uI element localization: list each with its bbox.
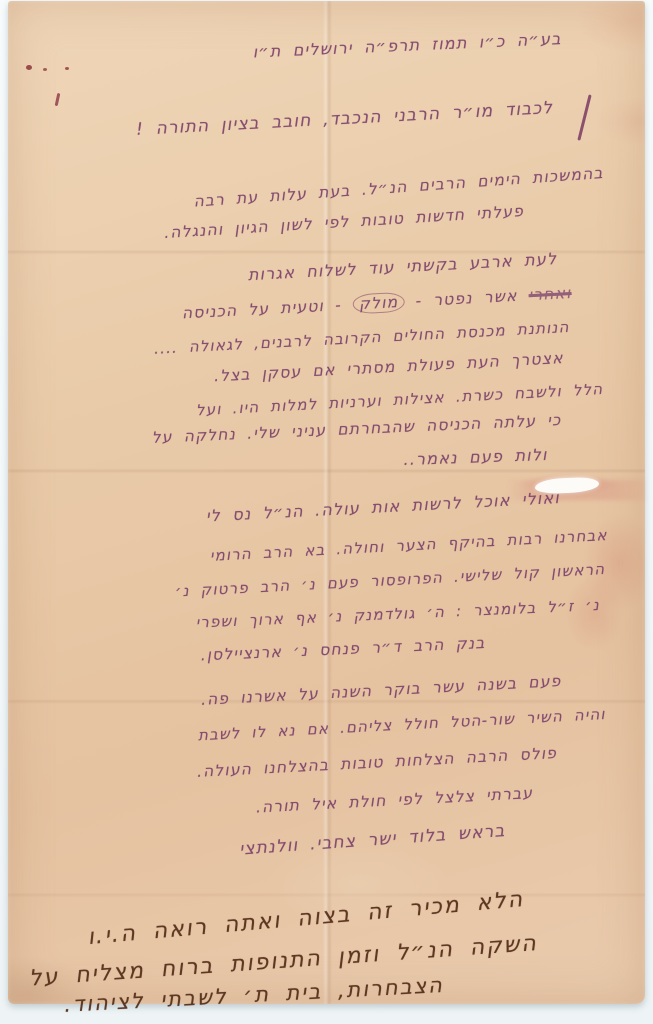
struck-word: ואחרי [528,284,572,304]
body-line-14: בנק הרב ד״ר פנחס נ׳ ארנציילסן. [200,634,486,664]
date-line: בע״ה כ״ו תמוז תרפ״ה ירושלים ת״ו [252,29,562,61]
body-line-17: פולס הרבה הצלחות טובות בהצלחנו העולה. [197,744,558,781]
body-line-3: לעת ארבע בקשתי עוד לשלוח אגרות [248,249,558,284]
body-text: אשר נפטר - [415,287,518,310]
body-line-11: אבחרנו רבות בהיקף הצער וחולה. בא הרב הרו… [209,526,608,565]
greeting-line: לכבוד מו״ר הרבני הנכבד, חובב בציון התורה… [136,98,554,140]
ink-specks [26,65,32,70]
body-line-9: ולות פעם נאמר.. [403,445,548,469]
body-line-12: הראשון קול שלישי. הפרופסור פעם נ׳ הרב פר… [175,560,606,601]
body-line-16: והיה השיר שור-הטל חולל צליהם. אם נא לו ל… [197,705,606,744]
body-line-18: עברתי צלצל לפי חולת איל תורה. [256,784,534,817]
pen-flourish-stroke [577,94,591,140]
letter-paper: בע״ה כ״ו תמוז תרפ״ה ירושלים ת״ו לכבוד מו… [8,1,645,1004]
scanner-background: בע״ה כ״ו תמוז תרפ״ה ירושלים ת״ו לכבוד מו… [0,0,653,1024]
signature-line: בראש בלוד ישר צחבי. וולנתצי [239,821,506,860]
body-text: - וטעית על הכניסה [181,296,342,322]
body-line-10: ואולי אוכל לרשות אות עולה. הנ״ל נס לי [205,488,560,526]
circled-word: מולק [352,292,404,315]
body-line-6: אצטרך העת פעולת מסתרי אם עסקן בצל. [213,349,564,385]
body-line-1: בהמשכות הימים הרבים הנ״ל. בעת עלות עת רב… [193,164,604,211]
ink-tick-mark [55,93,60,106]
body-line-4-with-strikethrough: ואחרי אשר נפטר - מולק - וטעית על הכניסה [181,284,571,322]
body-line-13: נ׳ ז״ל בלומנצר : ה׳ גולדמנק נ׳ אף ארוך ו… [195,596,600,632]
body-line-15: פעם בשנה עשר בוקר השנה על אשרנו פה. [200,672,561,709]
